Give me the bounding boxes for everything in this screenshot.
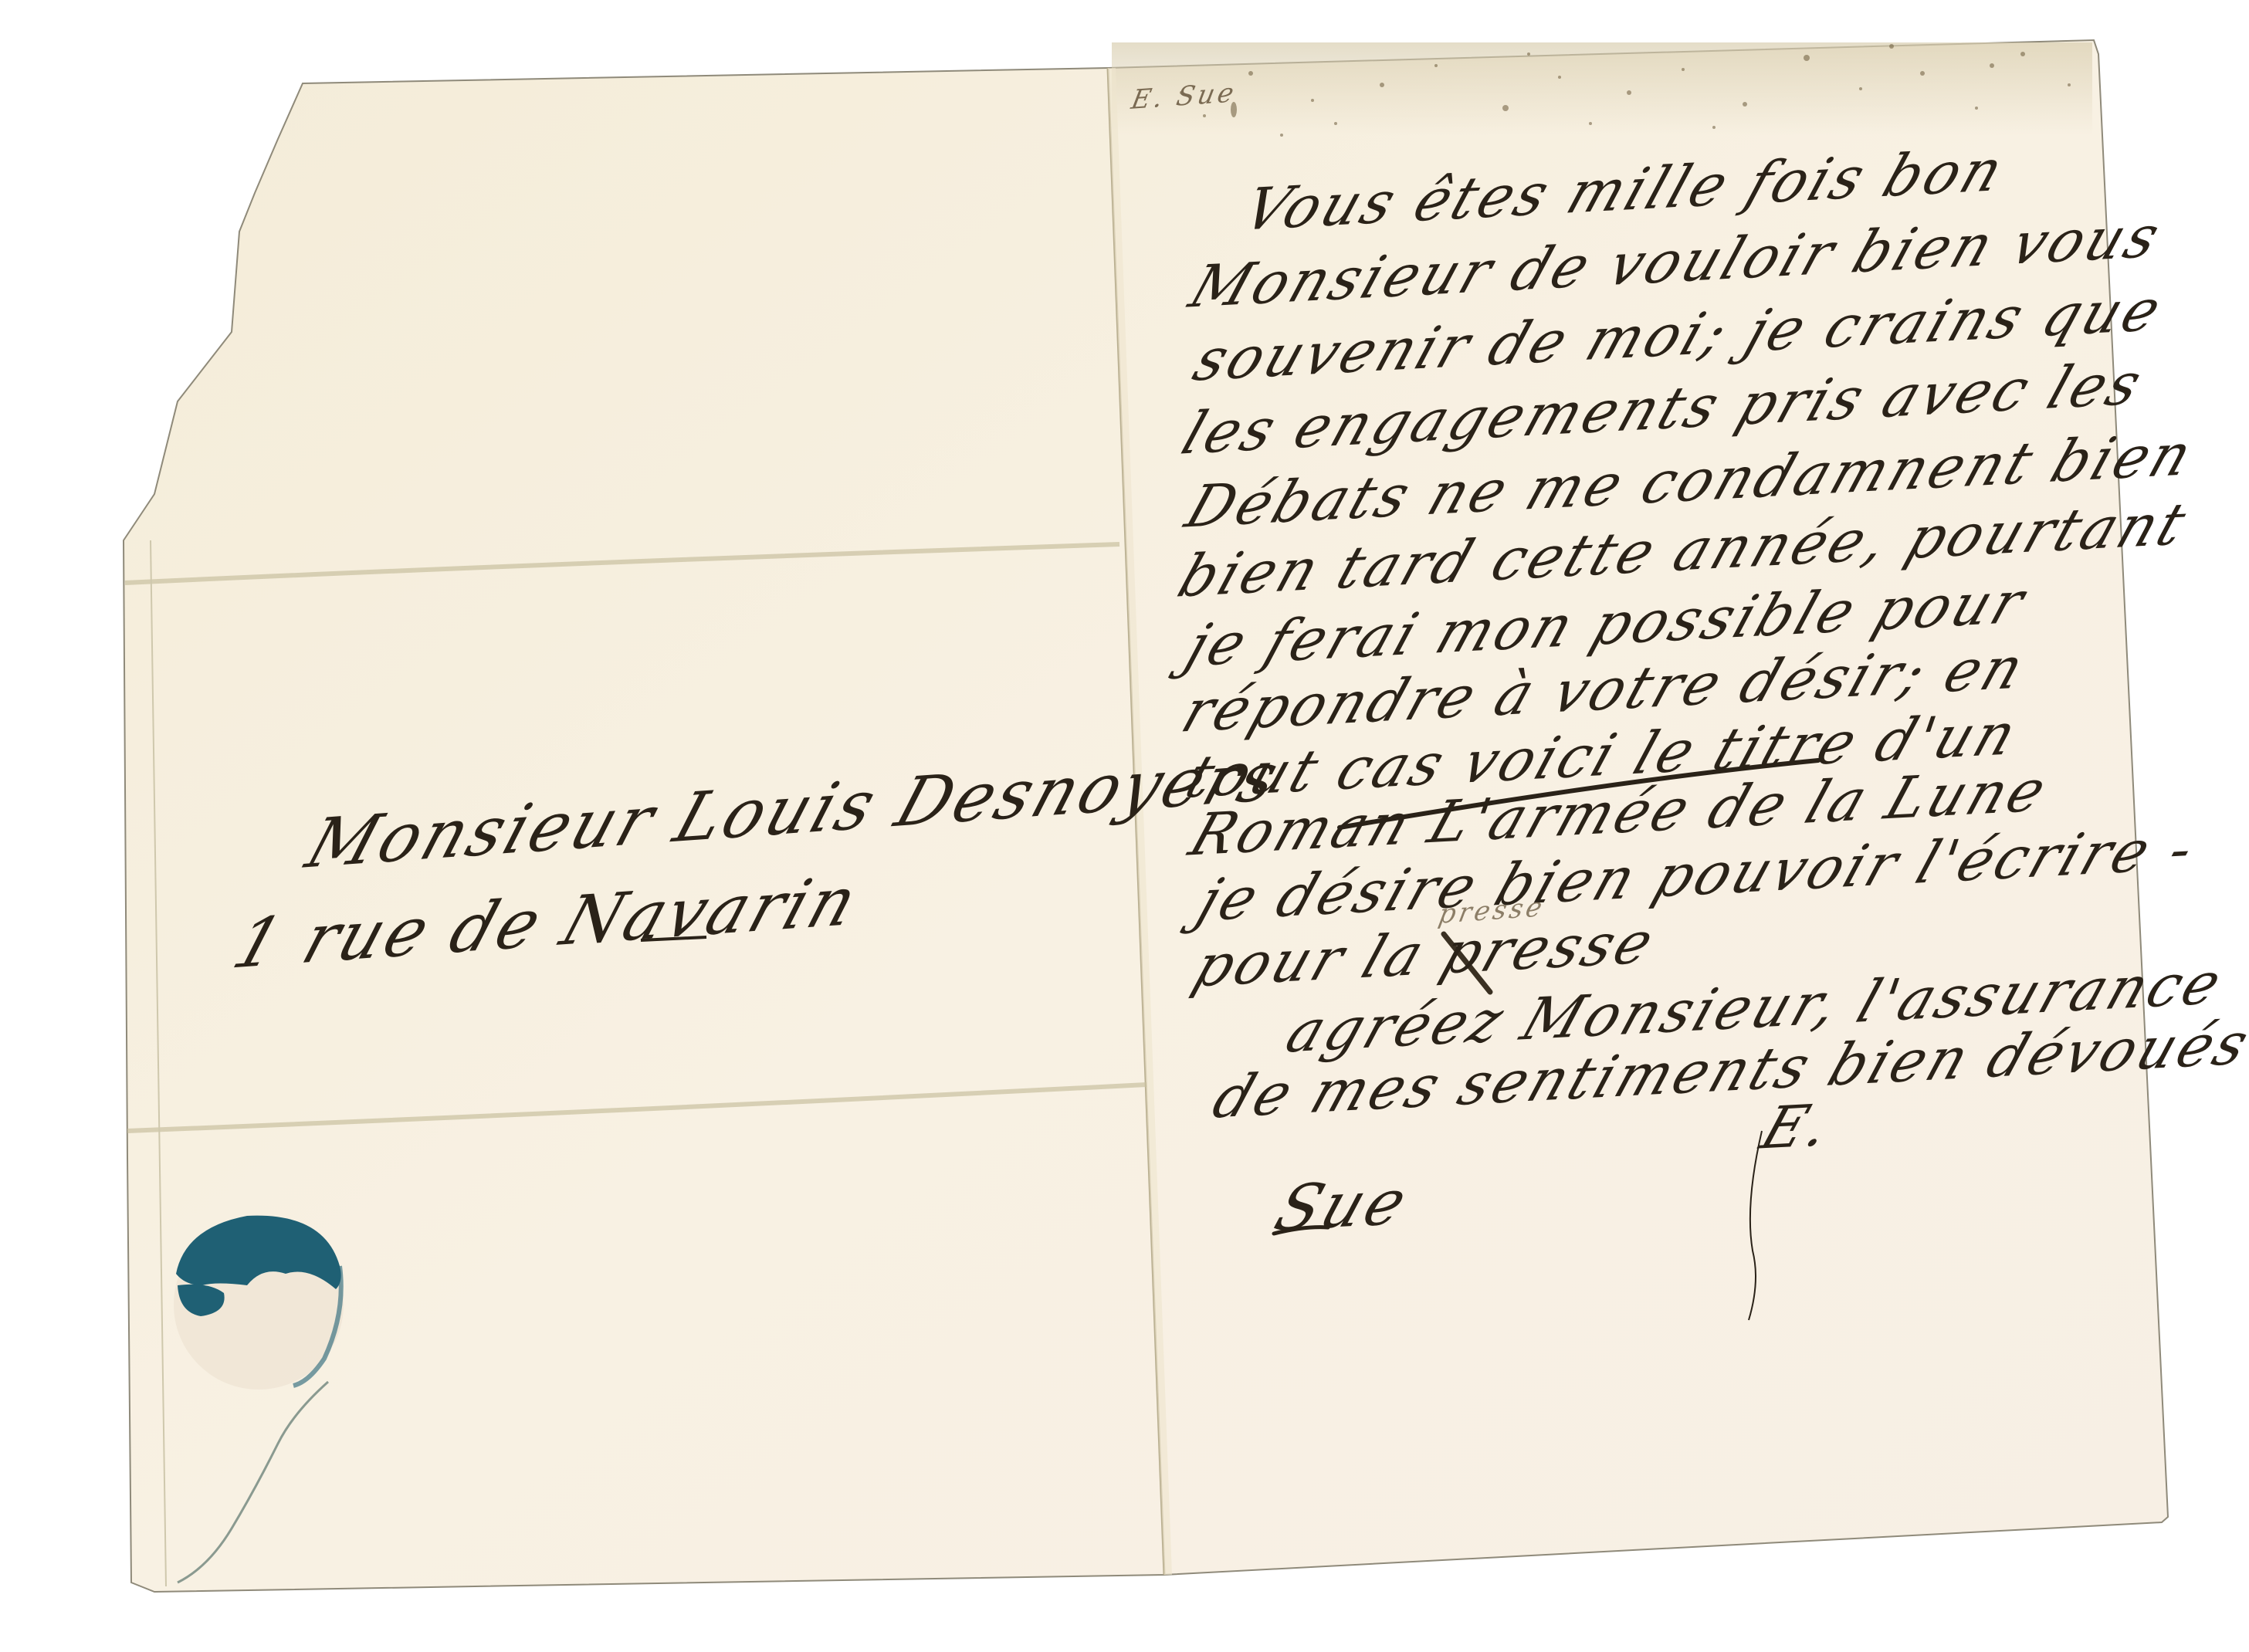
wax-seal [174,1216,344,1390]
foxing-band [1112,42,2092,135]
